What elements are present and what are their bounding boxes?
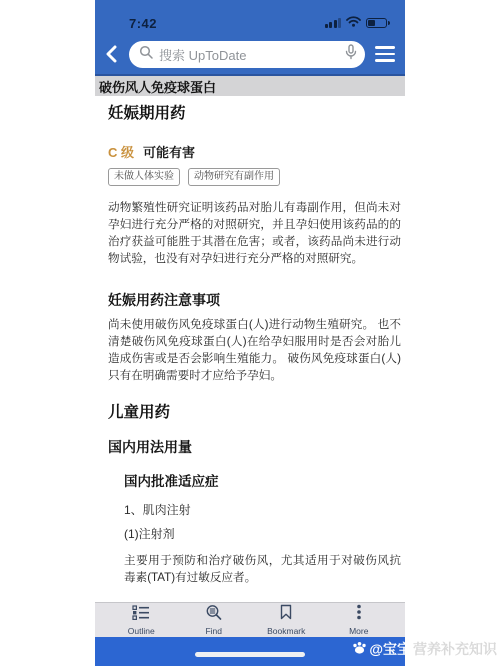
nav-bar: 搜索 UpToDate	[95, 38, 405, 76]
bottom-bar: @宝宝 营养补充知识	[95, 637, 405, 666]
bookmark-button[interactable]: Bookmark	[261, 604, 311, 636]
bottom-toolbar: Outline Find	[95, 602, 405, 637]
tag-animal-side-effects: 动物研究有副作用	[188, 168, 280, 186]
battery-icon	[366, 18, 387, 28]
find-icon	[205, 604, 222, 625]
subheading-approved-indications: 国内批准适应症	[124, 473, 401, 491]
search-icon	[139, 45, 153, 64]
cellular-signal-icon	[325, 18, 342, 28]
outline-icon	[132, 605, 150, 625]
microphone-icon[interactable]	[345, 44, 357, 65]
list-item-form: (1)注射剂	[124, 526, 401, 543]
risk-tags: 未做人体实验 动物研究有副作用	[108, 168, 401, 186]
screenshot-root: 7:42	[0, 0, 500, 666]
phone-screen: 7:42	[95, 0, 405, 666]
paragraph-pregnancy-notes: 尚未使用破伤风免疫球蛋白(人)进行动物生殖研究。 也不清楚破伤风免疫球蛋白(人)…	[108, 316, 401, 384]
heading-pregnancy-notes: 妊娠用药注意事项	[108, 291, 401, 309]
risk-label: 可能有害	[143, 142, 195, 161]
heading-domestic-usage: 国内用法用量	[108, 438, 401, 456]
menu-button[interactable]	[373, 44, 397, 64]
baidu-paw-icon	[352, 640, 367, 658]
risk-rating-row: C 级 可能有害	[108, 142, 401, 161]
heading-pregnancy: 妊娠期用药	[108, 104, 401, 124]
search-placeholder: 搜索 UpToDate	[159, 45, 339, 64]
document-title-bar: 破伤风人免疫球蛋白	[95, 76, 405, 96]
paragraph-indication: 主要用于预防和治疗破伤风，尤其适用于对破伤风抗毒素(TAT)有过敏反应者。	[124, 552, 401, 586]
bookmark-icon	[279, 604, 293, 625]
watermark: @宝宝 营养补充知识	[352, 639, 497, 659]
status-bar: 7:42	[95, 0, 405, 38]
bookmark-label: Bookmark	[267, 626, 305, 636]
list-item-route: 1、肌肉注射	[124, 502, 401, 519]
more-icon	[356, 604, 362, 625]
paragraph-pregnancy: 动物繁殖性研究证明该药品对胎儿有毒副作用，但尚未对孕妇进行充分严格的对照研究，并…	[108, 199, 401, 267]
outline-label: Outline	[128, 626, 155, 636]
more-button[interactable]: More	[334, 604, 384, 636]
article-content: 妊娠期用药 C 级 可能有害 未做人体实验 动物研究有副作用 动物繁殖性研究证明…	[95, 96, 405, 602]
tag-no-human-trials: 未做人体实验	[108, 168, 180, 186]
watermark-handle: @宝宝	[369, 639, 411, 659]
find-button[interactable]: Find	[189, 604, 239, 636]
domestic-usage-block: 国内批准适应症 1、肌肉注射 (1)注射剂 主要用于预防和治疗破伤风，尤其适用于…	[124, 473, 401, 602]
back-button[interactable]	[101, 42, 121, 66]
outline-button[interactable]: Outline	[116, 605, 166, 636]
home-indicator[interactable]	[195, 652, 305, 657]
heading-children: 儿童用药	[108, 403, 401, 423]
chevron-left-icon	[105, 45, 117, 63]
risk-grade: C 级	[108, 142, 134, 161]
wifi-icon	[346, 14, 361, 32]
status-time: 7:42	[129, 16, 157, 31]
watermark-suffix: 营养补充知识	[413, 639, 497, 659]
more-label: More	[349, 626, 368, 636]
document-title: 破伤风人免疫球蛋白	[99, 77, 216, 96]
status-icons	[325, 14, 388, 32]
search-input[interactable]: 搜索 UpToDate	[129, 41, 365, 68]
find-label: Find	[205, 626, 222, 636]
